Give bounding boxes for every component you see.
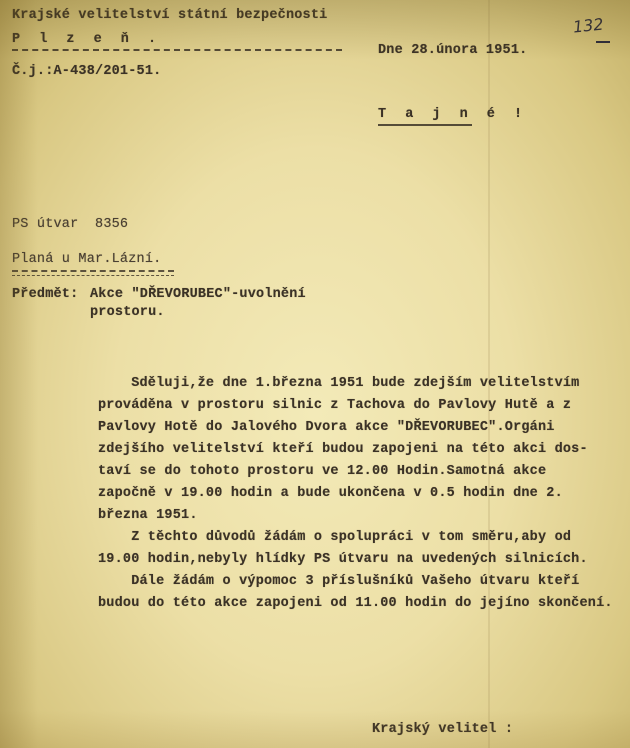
sender-city: P l z e ň .: [12, 30, 162, 49]
body-line: budou do této akce zapojeni od 11.00 hod…: [98, 594, 613, 613]
body-line: Z těchto důvodů žádám o spolupráci v tom…: [98, 528, 571, 547]
city-underline: [12, 49, 342, 51]
body-line: zdejšího velitelství kteří budou zapojen…: [98, 440, 588, 459]
signature-line: Krajský velitel :: [372, 720, 513, 739]
reference-number: Č.j.:A-438/201-51.: [12, 62, 161, 81]
body-line: Pavlovy Hotě do Jalového Dvora akce "DŘE…: [98, 418, 555, 437]
sender-organization: Krajské velitelství státní bezpečnosti: [12, 6, 327, 25]
body-line: taví se do tohoto prostoru ve 12.00 Hodi…: [98, 462, 546, 481]
recipient-location: Planá u Mar.Lázní.: [12, 250, 161, 269]
subject-line-2: prostoru.: [90, 303, 165, 322]
body-line: Sděluji,že dne 1.března 1951 bude zdejší…: [98, 374, 579, 393]
subject-line-1: Akce "DŘEVORUBEC"-uvolnění: [90, 285, 306, 304]
body-line: 19.00 hodin,nebyly hlídky PS útvaru na u…: [98, 550, 588, 569]
document-date: Dne 28.února 1951.: [378, 41, 527, 60]
body-line: prováděna v prostoru silnic z Tachova do…: [98, 396, 571, 415]
classification-secret: T a j n é !: [378, 105, 528, 124]
handwritten-underline: [596, 41, 610, 43]
subject-label: Předmět:: [12, 285, 78, 304]
classification-underline: [378, 124, 472, 126]
document-page: Krajské velitelství státní bezpečnosti P…: [0, 0, 630, 748]
recipient-unit: PS útvar 8356: [12, 215, 128, 234]
body-line: března 1951.: [98, 506, 198, 525]
body-line: započně v 19.00 hodin a bude ukončena v …: [98, 484, 563, 503]
location-double-underline: [12, 270, 174, 276]
handwritten-page-number: 132: [572, 14, 604, 36]
body-line: Dále žádám o výpomoc 3 příslušníků Vašeh…: [98, 572, 579, 591]
